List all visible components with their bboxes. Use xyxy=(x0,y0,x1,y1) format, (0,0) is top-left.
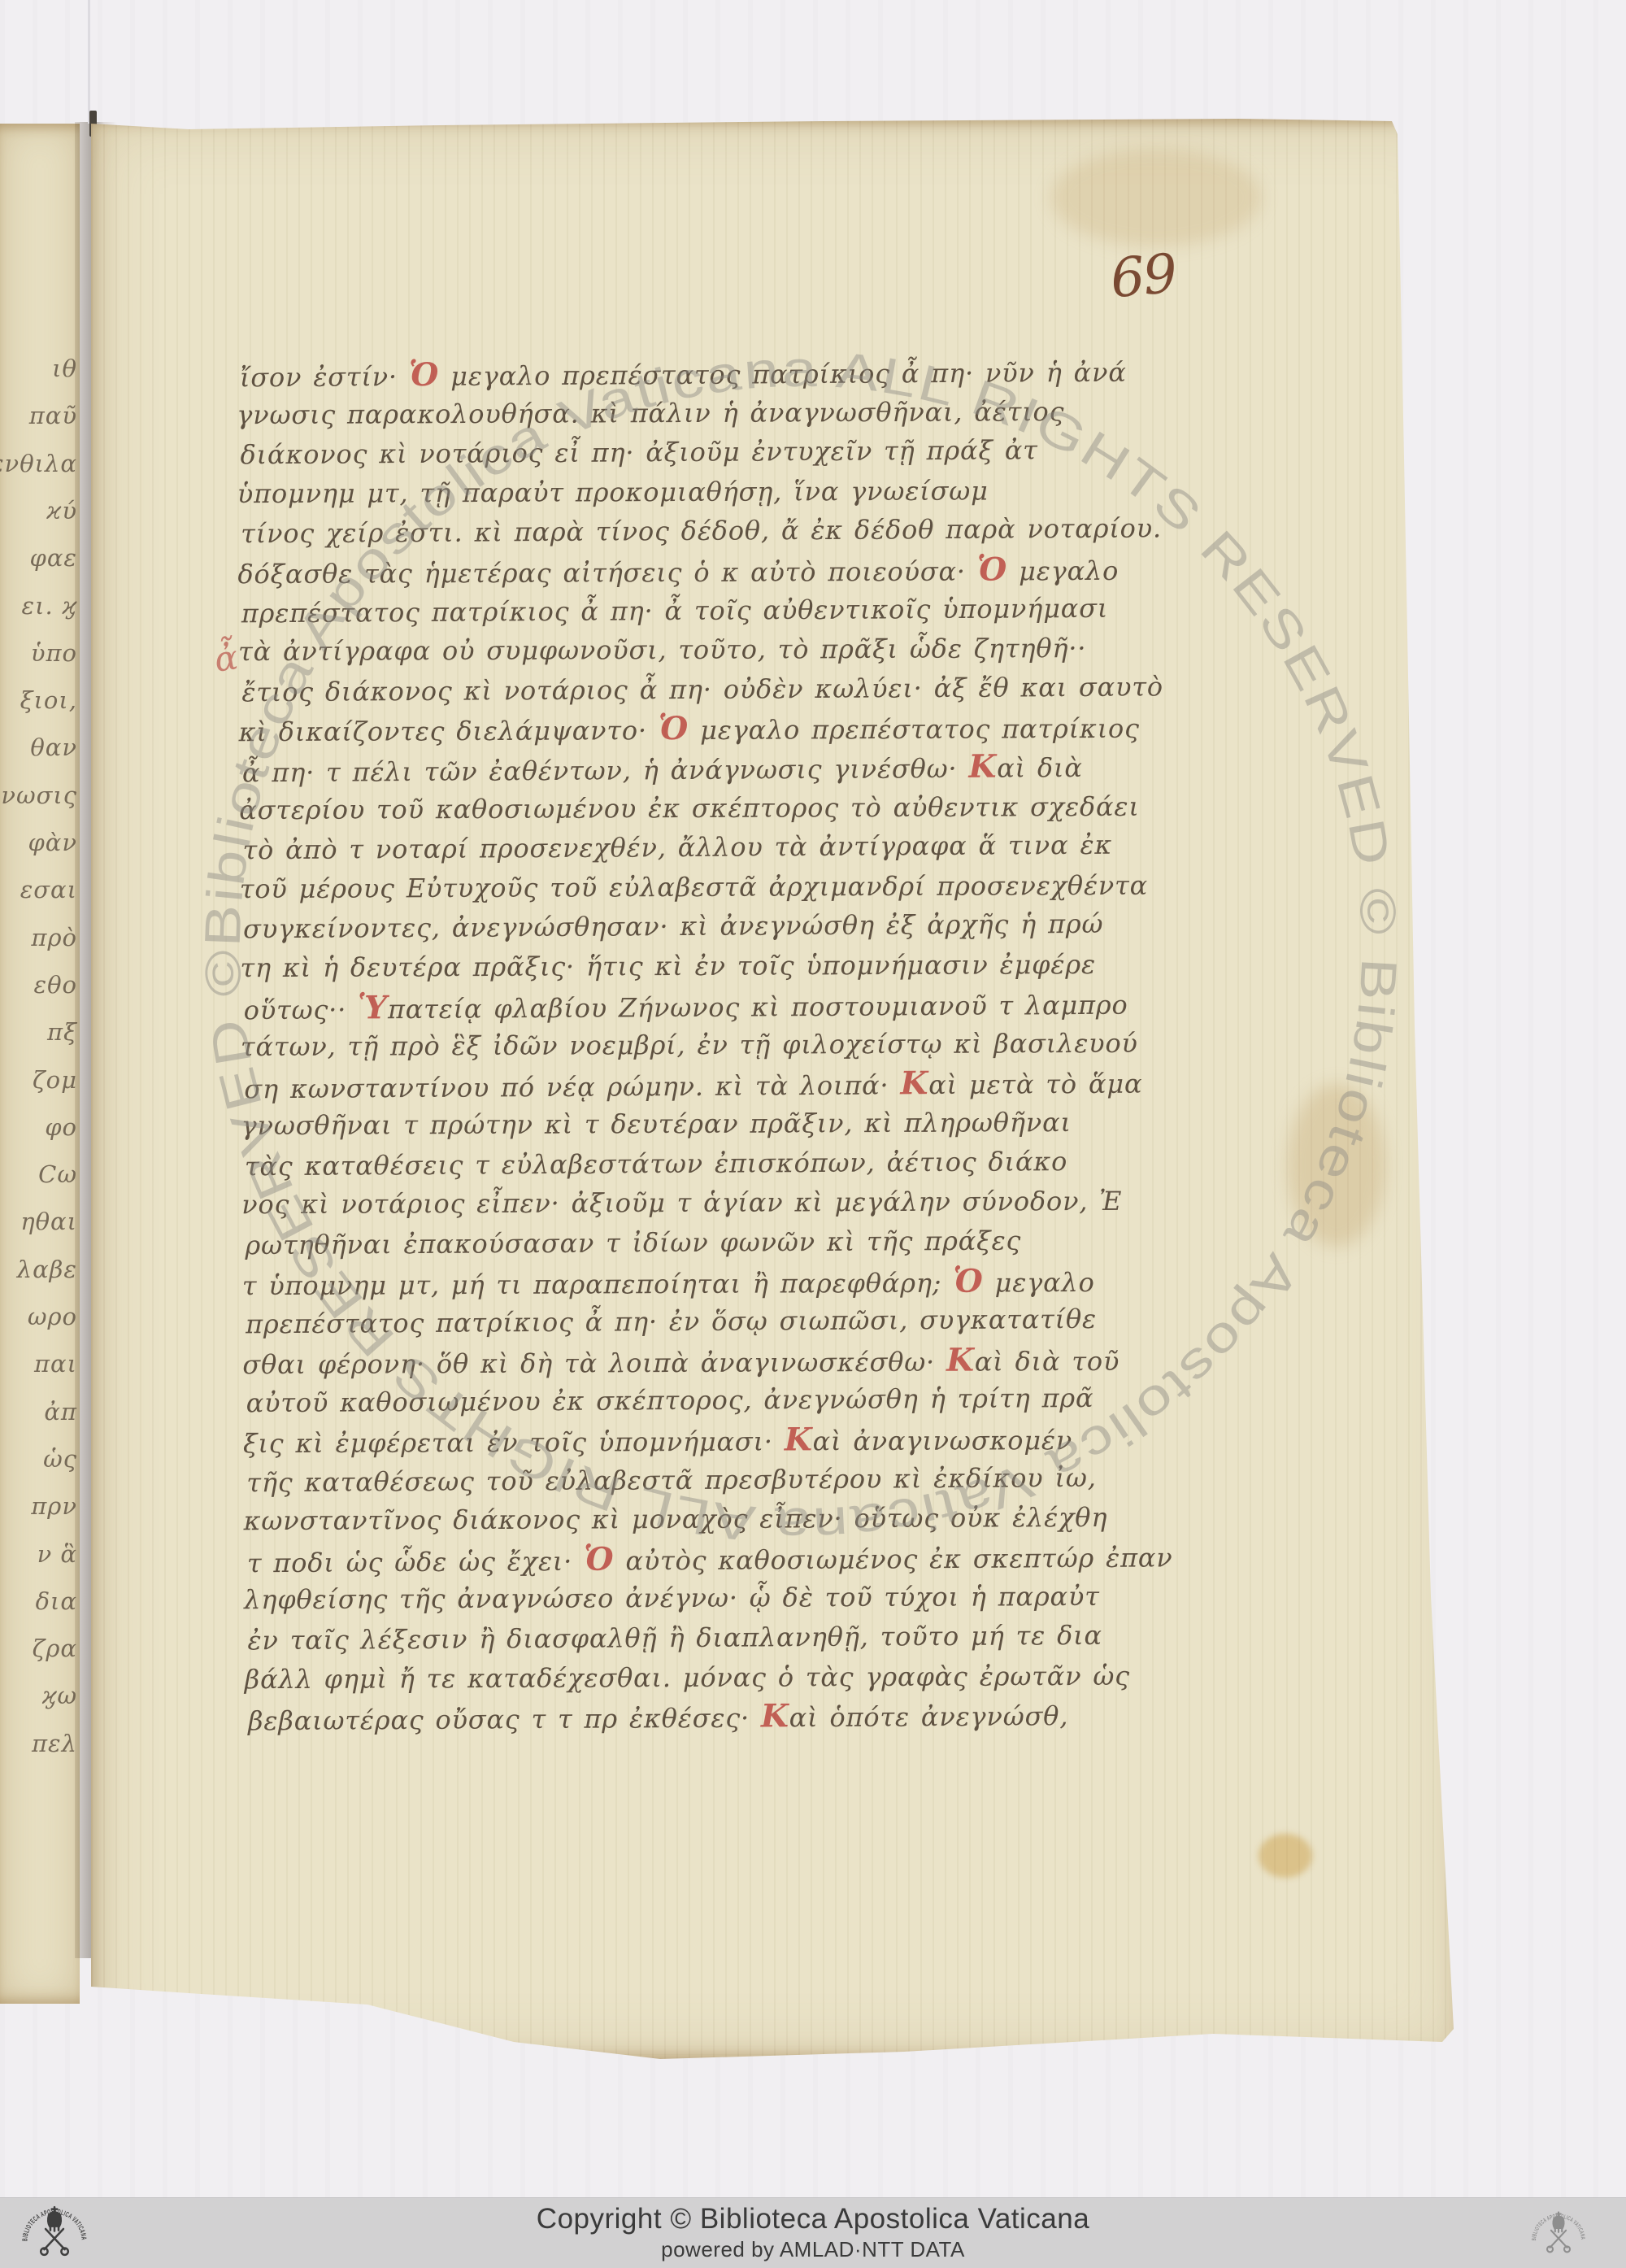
facing-page-text-fragment: ϗω xyxy=(41,1682,77,1709)
facing-page-text-fragment: νωσις xyxy=(1,781,77,809)
manuscript-line: ξις κὶ ἐμφέρεται ἐν τοῖς ὑπομνήμασι· Καὶ… xyxy=(243,1419,1129,1462)
rubric-initial: Ὁ xyxy=(409,356,440,394)
facing-page-text-fragment: λαβε xyxy=(17,1256,77,1283)
manuscript-line: ἆ πη· τ πέλι τῶν ἐαθέντων, ἡ ἀνάγνωσις γ… xyxy=(242,747,1128,791)
facing-page-edge: ιθπαῦενθιλαϰύφαεει. ϗὑποξιοι,θαννωσιςφὰν… xyxy=(0,124,80,2004)
manuscript-line: βάλλ φημὶ ἤ τε καταδέχεσθαι. μόνας ὁ τὰς… xyxy=(245,1656,1131,1699)
facing-page-text-fragment: ξιοι, xyxy=(20,686,77,714)
paper-stain xyxy=(1288,1084,1385,1247)
footer-bar: Copyright © Biblioteca Apostolica Vatica… xyxy=(0,2197,1626,2268)
manuscript-line: οὕτως·· Ὑπατείᾳ φλαβίου Ζήνωνος κὶ ποστο… xyxy=(244,983,1130,1028)
facing-page-text-fragment: φαε xyxy=(30,544,77,572)
manuscript-line: διάκονος κὶ νοτάριος εἶ πη· ἀξιοῦμ ἐντυχ… xyxy=(240,430,1126,475)
rubric-initial: Κ xyxy=(761,1697,789,1735)
facing-page-text-fragment: ιθ xyxy=(52,355,77,382)
manuscript-line: τῆς καταθέσεως τοῦ εὐλαβεστᾶ πρεσβυτέρου… xyxy=(246,1457,1133,1502)
rubric-initial: Ὁ xyxy=(659,710,689,747)
facing-page-text-fragment: ὑπο xyxy=(31,639,77,667)
facing-page-text-fragment: ν ἃ xyxy=(37,1540,77,1568)
facing-page-text-fragment: ηθαι xyxy=(20,1208,77,1235)
facing-page-text-fragment: παι xyxy=(34,1350,77,1378)
manuscript-line: ἔτιος διάκονος κὶ νοτάριος ἆ πη· οὐδὲν κ… xyxy=(241,667,1128,712)
manuscript-line: βεβαιωτέρας οὔσας τ τ πρ ἐκθέσες· Καὶ ὁπ… xyxy=(248,1695,1134,1739)
manuscript-line: ἴσον ἐστίν· Ὁ μεγαλο πρεπέστατος πατρίκι… xyxy=(240,351,1126,396)
manuscript-line: ἐν ταῖς λέξεσιν ἢ διασφαλθῇ ἢ διαπλανηθῇ… xyxy=(247,1616,1133,1661)
facing-page-text-fragment: ενθιλα xyxy=(0,450,77,477)
manuscript-line: πρεπέστατος πατρίκιος ἆ πη· ἐν ὅσῳ σιωπῶ… xyxy=(246,1299,1132,1344)
manuscript-line: δόξασθε τὰς ἡμετέρας αἰτήσεις ὁ κ αὐτὸ π… xyxy=(237,550,1124,593)
paper-stain xyxy=(1050,149,1262,246)
manuscript-line: αὐτοῦ καθοσιωμένου ἐκ σκέπτορος, ἀνεγνώσ… xyxy=(246,1378,1133,1423)
facing-page-text-fragment: δια xyxy=(36,1587,77,1615)
manuscript-line: ρωτηθῆναι ἐπακούσασαν τ ἰδίων φωνῶν κὶ τ… xyxy=(245,1221,1131,1265)
vatican-library-emblem-icon: BIBLIOTECA APOSTOLICA VATICANA xyxy=(20,2199,89,2267)
rubric-initial: Ὁ xyxy=(977,551,1007,588)
manuscript-line: πρεπέστατος πατρίκιος ἆ πη· ἆ τοῖς αὐθεν… xyxy=(241,588,1128,633)
manuscript-text-block: ἴσον ἐστίν· Ὁ μεγαλο πρεπέστατος πατρίκι… xyxy=(240,351,1134,1739)
rubric-initial: Κ xyxy=(968,748,997,786)
facing-page-text-fragment: ωρο xyxy=(28,1303,77,1330)
rubric-initial: Κ xyxy=(900,1064,928,1102)
manuscript-line: γνωσθῆναι τ πρώτην κὶ τ δευτέραν πρᾶξιν,… xyxy=(241,1103,1128,1146)
facing-page-text-fragment: ζρα xyxy=(33,1635,77,1662)
facing-page-text-fragment: ὡς xyxy=(43,1445,77,1473)
facing-page-text-fragment: ἀπ xyxy=(44,1398,77,1426)
manuscript-line: τ ὑπομνημ μτ, μή τι παραπεποίηται ἢ παρε… xyxy=(242,1260,1128,1304)
manuscript-line: συγκείνοντες, ἀνεγνώσθησαν· κὶ ἀνεγνώσθη… xyxy=(243,904,1129,949)
manuscript-line: τοῦ μέρους Εὐτυχοῦς τοῦ εὐλαβεστᾶ ἀρχιμα… xyxy=(240,866,1126,909)
folio-number: 69 xyxy=(1108,242,1178,311)
rubric-initial: Ὁ xyxy=(584,1540,615,1578)
manuscript-line: τὸ ἀπὸ τ νοταρί προσενεχθέν, ἄλλου τὰ ἀν… xyxy=(242,825,1128,870)
facing-page-text-fragment: θαν xyxy=(30,734,77,761)
manuscript-line: κωνσταντῖνος διάκονος κὶ μοναχὸς εἶπεν· … xyxy=(243,1498,1129,1541)
manuscript-line: γνωσις παρακολουθήσα. κὶ πάλιν ἡ ἀναγνωσ… xyxy=(237,391,1123,434)
facing-page-text-fragment: Ϲω xyxy=(38,1160,77,1188)
footer-text-group: Copyright © Biblioteca Apostolica Vatica… xyxy=(0,2198,1626,2261)
manuscript-line: τ ποδι ὡς ὧδε ὡς ἔχει· Ὁ αὐτὸς καθοσιωμέ… xyxy=(247,1536,1133,1581)
rubric-initial: Ὁ xyxy=(953,1262,983,1299)
facing-page-text-fragment: εθο xyxy=(34,971,77,999)
manuscript-line: τη κὶ ἡ δευτέρα πρᾶξις· ἥτις κὶ ἐν τοῖς … xyxy=(240,945,1126,988)
rubric-initial: Κ xyxy=(785,1421,813,1458)
facing-page-text-fragment: πρὸ xyxy=(31,924,77,951)
marginal-rubric-initial: ἆ xyxy=(212,637,241,679)
facing-page-text-fragment: παῦ xyxy=(29,402,77,429)
facing-page-text-fragment: πρν xyxy=(31,1492,77,1520)
manuscript-line: ληφθείσης τῆς ἀναγνώσεο ἀνέγνω· ᾧ δὲ τοῦ… xyxy=(244,1577,1130,1620)
manuscript-line: τὰς καταθέσεις τ εὐλαβεστάτων ἐπισκόπων,… xyxy=(245,1142,1131,1186)
facing-page-text-fragment: ϰύ xyxy=(46,497,77,525)
manuscript-line: σθαι φέρονη· ὅθ κὶ δὴ τὰ λοιπὰ ἀναγινωσκ… xyxy=(242,1340,1128,1383)
manuscript-page: 69 ἆ ἴσον ἐστίν· Ὁ μεγαλο πρεπέστατος πα… xyxy=(91,116,1465,2061)
rubric-initial: Κ xyxy=(946,1341,975,1378)
facing-page-text-fragment: εσαι xyxy=(20,876,77,903)
facing-page-text-fragment: ζομ xyxy=(33,1066,77,1094)
spine-edge-line xyxy=(88,0,90,124)
powered-by-text: powered by AMLAD·NTT DATA xyxy=(0,2237,1626,2261)
facing-page-text-fragment: φὰν xyxy=(28,829,77,856)
manuscript-line: τάτων, τῇ πρὸ ἓξ ἰδῶν νοεμβρί, ἐν τῇ φιλ… xyxy=(241,1024,1127,1067)
manuscript-line: ἀστερίου τοῦ καθοσιωμένου ἐκ σκέπτορος τ… xyxy=(239,786,1125,829)
paper-stain xyxy=(1259,1834,1312,1878)
rubric-initial: Ὑ xyxy=(358,989,388,1026)
manuscript-line: ὑπομνημ μτ, τῇ παραὐτ προκομιαθήσῃ, ἵνα … xyxy=(237,471,1124,514)
manuscript-line: νος κὶ νοτάριος εἶπεν· ἀξιοῦμ τ ἁγίαν κὶ… xyxy=(241,1182,1128,1225)
vatican-library-emblem-icon: BIBLIOTECA APOSTOLICA VATICANA xyxy=(1530,2205,1587,2262)
manuscript-line: κὶ δικαίζοντες διελάμψαντο· Ὁ μεγαλο πρε… xyxy=(239,707,1125,751)
manuscript-line: ση κωνσταντίνου πό νέᾳ ρώμην. κὶ τὰ λοιπ… xyxy=(244,1062,1130,1107)
facing-page-text-fragment: φο xyxy=(45,1113,77,1141)
manuscript-line: τὰ ἀντίγραφα οὐ συμφωνοῦσι, τοῦτο, τὸ πρ… xyxy=(238,629,1124,672)
facing-page-text-fragment: πξ xyxy=(47,1018,77,1046)
facing-page-text-fragment: ει. ϗ xyxy=(22,592,77,620)
manuscript-line: τίνος χείρ ἐστι. κὶ παρὰ τίνος δέδοθ, ἄ … xyxy=(241,509,1127,554)
copyright-text: Copyright © Biblioteca Apostolica Vatica… xyxy=(0,2201,1626,2237)
facing-page-text-fragment: πελ xyxy=(32,1730,77,1757)
